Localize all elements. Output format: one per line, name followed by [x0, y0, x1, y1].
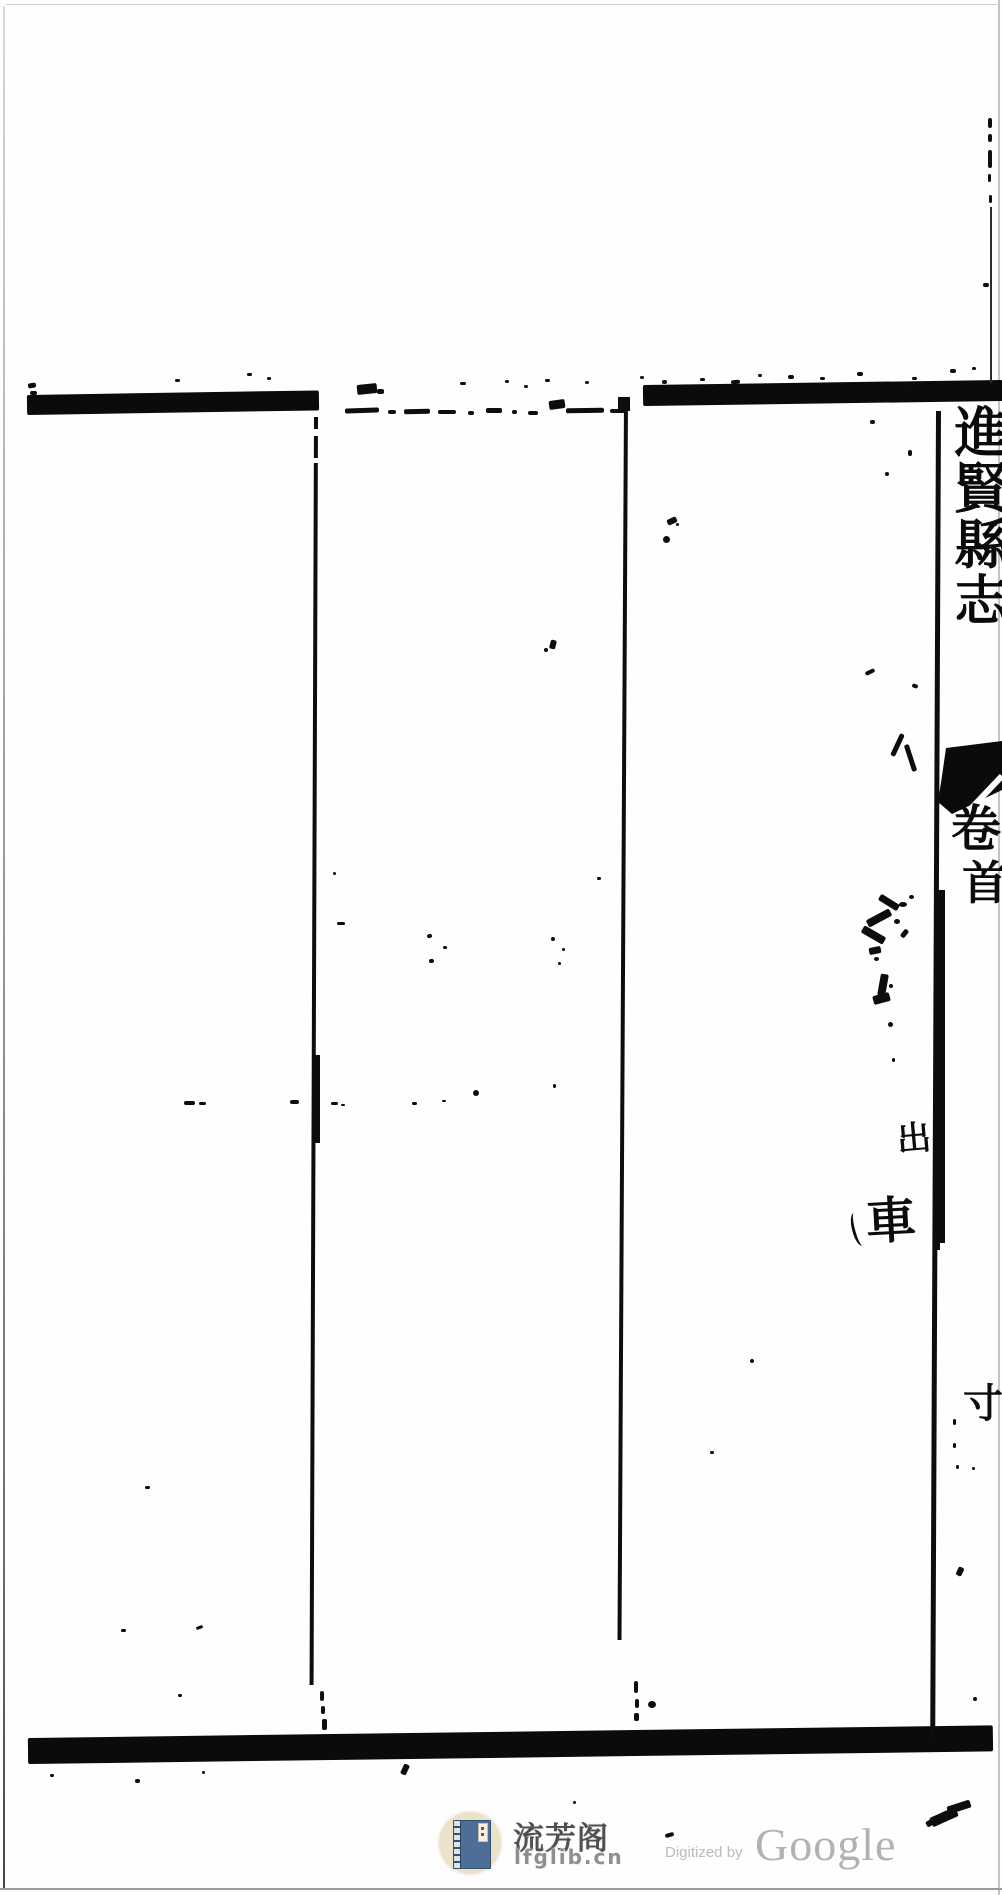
ink-mark — [548, 399, 565, 410]
ink-mark — [388, 410, 396, 414]
ink-mark — [909, 895, 914, 899]
ink-mark — [870, 420, 875, 424]
ink-mark — [442, 1100, 446, 1102]
ink-mark — [908, 450, 912, 456]
ink-mark — [247, 373, 252, 376]
ink-mark — [486, 408, 502, 413]
ink-mark — [955, 1566, 964, 1577]
ink-mark — [820, 377, 825, 380]
ink-mark — [468, 411, 474, 415]
ink-mark — [337, 922, 345, 925]
ink-mark — [400, 1763, 410, 1776]
ink-mark — [953, 1443, 956, 1448]
ink-mark — [988, 174, 991, 182]
section-glyph-juan: 卷 — [951, 804, 1001, 854]
ink-mark — [866, 908, 893, 927]
fragment-glyph-inch: 寸 — [963, 1384, 1002, 1424]
ink-mark — [857, 372, 863, 376]
ink-mark — [640, 376, 644, 379]
ink-mark — [524, 385, 528, 388]
ink-mark — [558, 962, 561, 965]
ink-mark — [50, 1774, 54, 1777]
ink-mark — [662, 380, 667, 384]
ink-mark — [412, 1102, 417, 1105]
column-rule-line-1 — [310, 417, 318, 1685]
ink-mark — [635, 1699, 639, 1708]
ink-mark — [989, 195, 992, 203]
ink-mark — [950, 369, 956, 373]
ink-mark — [357, 383, 378, 395]
ink-mark — [946, 1799, 971, 1814]
ink-mark — [904, 744, 917, 772]
label-red-mark — [481, 1833, 484, 1836]
ink-mark — [184, 1101, 195, 1105]
ink-mark — [634, 1681, 638, 1693]
ink-mark — [404, 409, 430, 414]
scan-edge-left — [3, 6, 5, 1888]
ink-mark — [320, 1691, 324, 1701]
watermark-site-domain: lfglib.cn — [514, 1845, 624, 1869]
scanned-page: 進賢縣志 卷 首 出 車 寸 流芳阁 lfglib.cn Digitized b… — [0, 0, 1002, 1895]
book-spine-stitching — [454, 1821, 461, 1868]
google-logo-text: Google — [755, 1818, 896, 1871]
ink-mark — [788, 375, 794, 379]
fragment-glyph-cart: 車 — [865, 1195, 918, 1248]
ink-mark — [121, 1629, 126, 1632]
ink-mark — [473, 1090, 479, 1096]
ink-mark — [710, 1451, 714, 1454]
ink-mark — [872, 992, 891, 1005]
ink-mark — [953, 1419, 956, 1425]
ink-mark — [199, 1102, 206, 1105]
ink-mark — [750, 1359, 754, 1363]
ink-mark — [562, 948, 565, 951]
ink-mark — [597, 877, 601, 880]
ink-mark — [460, 382, 466, 385]
ink-mark — [178, 1694, 182, 1697]
ink-mark — [30, 391, 37, 395]
ink-mark — [892, 1058, 895, 1062]
ink-mark — [973, 1697, 977, 1701]
ink-mark — [911, 683, 918, 689]
ink-mark — [28, 382, 37, 388]
ink-mark — [512, 410, 517, 414]
ink-mark — [145, 1486, 150, 1489]
ink-mark — [868, 946, 881, 955]
ink-mark — [894, 919, 900, 924]
ink-mark — [940, 1243, 950, 1256]
ink-mark — [438, 410, 456, 414]
ink-mark — [505, 380, 509, 383]
ink-mark — [549, 639, 557, 649]
ink-mark — [313, 458, 321, 463]
ink-mark — [956, 1465, 959, 1469]
ink-mark — [429, 959, 434, 963]
ink-mark — [889, 984, 893, 988]
ink-mark — [988, 134, 992, 142]
ink-mark — [861, 925, 887, 944]
top-border-bar-right — [643, 380, 1002, 406]
section-glyph-shou: 首 — [962, 860, 1002, 906]
right-margin-fold-line — [990, 207, 992, 383]
ink-mark — [196, 1625, 204, 1630]
ink-mark — [972, 1467, 975, 1470]
ink-mark — [874, 957, 879, 961]
ink-mark — [905, 384, 911, 387]
ink-mark — [912, 377, 917, 380]
ink-mark — [427, 933, 433, 938]
ink-mark — [700, 378, 705, 381]
ink-mark — [267, 377, 271, 380]
ink-mark — [290, 1100, 299, 1104]
ink-mark — [885, 472, 889, 476]
label-red-mark — [481, 1827, 484, 1830]
ink-mark — [345, 407, 379, 413]
ink-mark — [175, 379, 180, 382]
google-watermark: Digitized by Google — [660, 1818, 890, 1878]
ink-mark — [731, 380, 740, 385]
ink-mark — [676, 523, 679, 526]
ink-mark — [899, 902, 907, 907]
ink-mark — [758, 374, 762, 377]
column-rule-line-1-thick-patch — [312, 1055, 320, 1143]
top-border-bar-left — [27, 390, 319, 415]
ink-mark — [333, 872, 336, 875]
ink-mark — [610, 409, 625, 413]
ink-mark — [553, 1084, 556, 1088]
ink-mark — [377, 389, 384, 394]
ink-mark — [321, 1706, 325, 1714]
scan-edge-top — [6, 4, 1000, 5]
bottom-border-bar — [28, 1725, 993, 1764]
scan-edge-right — [998, 0, 1000, 1895]
ink-mark — [135, 1779, 140, 1783]
ink-mark — [331, 1102, 338, 1105]
column-rule-line-2 — [618, 400, 628, 1640]
ink-mark — [573, 1801, 576, 1804]
ink-mark — [900, 928, 909, 938]
ink-mark — [634, 1713, 639, 1721]
ink-mark — [202, 1771, 205, 1774]
ink-mark — [322, 1719, 327, 1730]
ink-mark — [528, 411, 538, 415]
ink-mark — [313, 429, 321, 436]
ink-mark — [663, 536, 670, 543]
book-title-vertical: 進賢縣志 — [948, 404, 1002, 646]
book-title-label — [478, 1823, 488, 1842]
ink-mark — [551, 937, 555, 941]
ink-mark — [566, 408, 604, 414]
digitized-by-label: Digitized by — [665, 1844, 743, 1861]
ink-mark — [988, 118, 992, 128]
ink-mark — [888, 1022, 893, 1027]
ink-mark — [341, 1104, 345, 1106]
ink-mark — [443, 946, 447, 949]
ink-mark — [585, 381, 589, 384]
column-rule-line-3-thick-patch — [937, 890, 945, 1250]
ink-mark — [983, 283, 989, 287]
ink-mark — [544, 648, 548, 652]
ink-mark — [865, 668, 876, 676]
ink-mark — [988, 150, 992, 168]
ink-mark — [545, 379, 550, 382]
ink-mark — [648, 1701, 656, 1708]
ink-mark — [890, 733, 905, 757]
fragment-glyph-out: 出 — [896, 1121, 933, 1158]
ink-mark — [972, 367, 976, 370]
chinese-stitched-book-icon — [453, 1820, 491, 1869]
scan-edge-bottom — [0, 1888, 1002, 1890]
